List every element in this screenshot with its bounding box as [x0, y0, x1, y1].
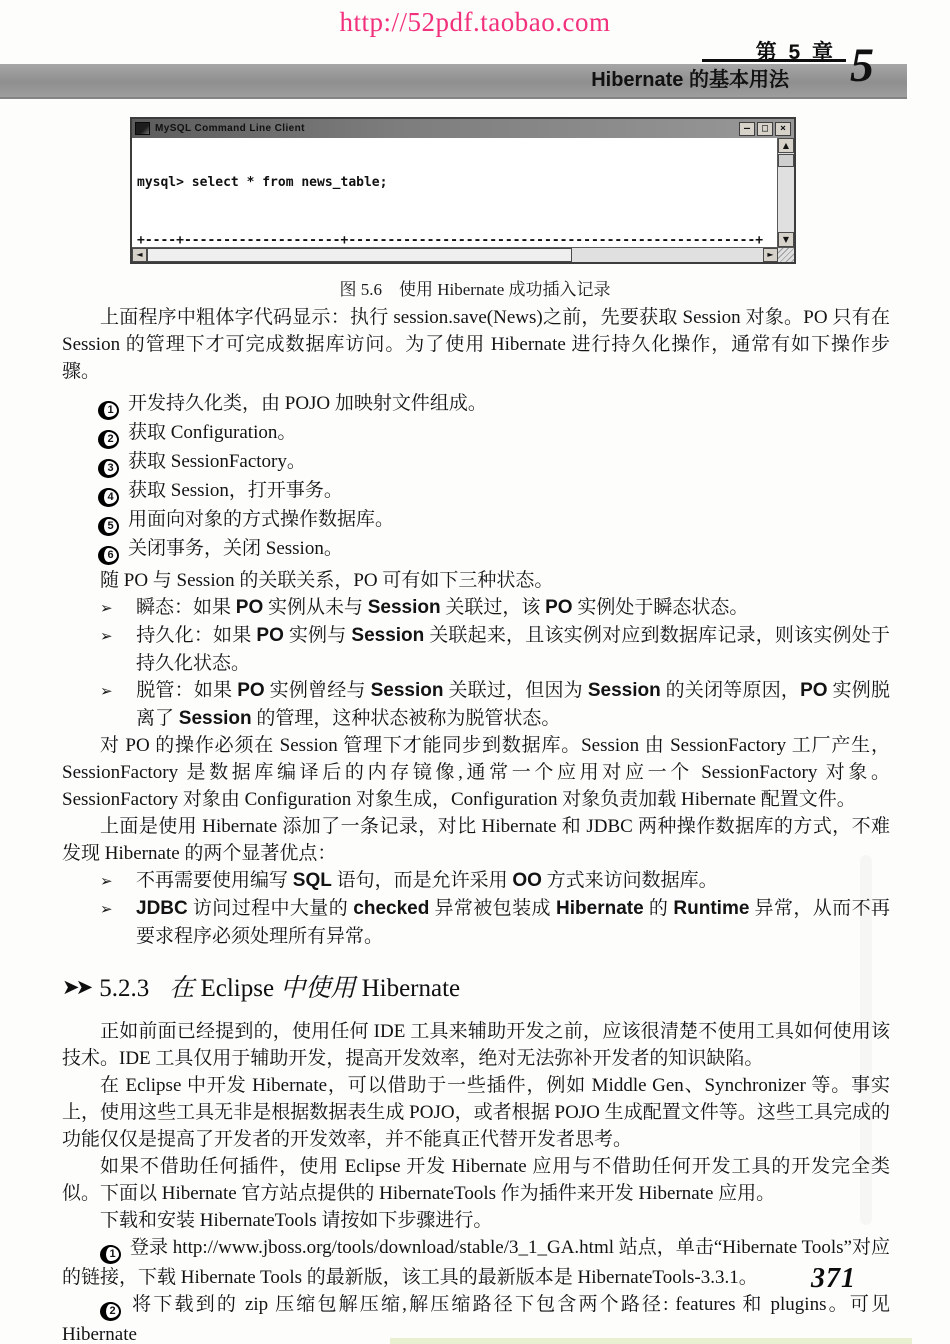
step-number-icon: 2	[98, 430, 119, 449]
arrow-bullet-icon: ➢	[100, 623, 136, 650]
page-number: 371	[811, 1263, 856, 1295]
section-title: 在 Eclipse 中使用 Hibernate	[169, 975, 460, 1002]
mysql-window-screenshot: MySQL Command Line Client – □ × mysql> s…	[130, 117, 796, 264]
paragraph: 上面程序中粗体字代码显示：执行 session.save(News)之前，先要获…	[62, 304, 890, 385]
figure-caption: 图 5.6 使用 Hibernate 成功插入记录	[0, 275, 950, 300]
minimize-button[interactable]: –	[739, 122, 755, 136]
bottom-watermark-strip	[390, 1338, 912, 1344]
arrow-bullet-icon: ➢	[100, 868, 136, 895]
scan-smudge	[860, 855, 872, 1225]
scroll-right-icon[interactable]: ►	[763, 248, 778, 262]
step-text: 获取 Configuration。	[128, 422, 296, 443]
resize-grip-icon	[778, 248, 794, 262]
list-item: 1开发持久化类，由 POJO 加映射文件组成。	[98, 391, 890, 420]
arrow-bullet-icon: ➢	[100, 678, 136, 705]
paragraph: 下载和安装 HibernateTools 请按如下步骤进行。	[62, 1207, 890, 1234]
mysql-client-area: mysql> select * from news_table; +----+-…	[132, 138, 794, 262]
watermark-url: http://52pdf.taobao.com	[0, 7, 950, 38]
console-line: mysql> select * from news_table;	[137, 175, 774, 191]
chapter-rule	[702, 59, 846, 62]
section-heading: ➤➤5.2.3在 Eclipse 中使用 Hibernate	[62, 974, 890, 1002]
list-item: 4获取 Session，打开事务。	[98, 478, 890, 507]
chapter-number: 5	[850, 38, 874, 93]
step-number-icon: 6	[98, 546, 119, 565]
step-number-icon: 4	[98, 488, 119, 507]
horizontal-scroll-thumb[interactable]	[147, 248, 572, 262]
mysql-titlebar: MySQL Command Line Client – □ ×	[132, 119, 794, 138]
arrow-bullet-icon: ➢	[100, 896, 136, 923]
list-item: 2获取 Configuration。	[98, 420, 890, 449]
list-item: ➢JDBC 访问过程中大量的 checked 异常被包装成 Hibernate …	[100, 895, 890, 950]
chapter-banner-title: Hibernate 的基本用法	[0, 64, 907, 97]
step-text: 将下载到的 zip 压缩包解压缩,解压缩路径下包含两个路径: features …	[62, 1294, 890, 1344]
paragraph: 随 PO 与 Session 的关联关系，PO 可有如下三种状态。	[62, 567, 890, 594]
step-text: 用面向对象的方式操作数据库。	[128, 509, 394, 530]
bullet-text: 脱管：如果 PO 实例曾经与 Session 关联过，但因为 Session 的…	[136, 680, 890, 729]
paragraph: 对 PO 的操作必须在 Session 管理下才能同步到数据库。Session …	[62, 732, 890, 813]
mysql-console-output: mysql> select * from news_table; +----+-…	[137, 143, 774, 246]
step-number-icon: 5	[98, 517, 119, 536]
step-text: 获取 SessionFactory。	[128, 451, 306, 472]
step-text: 开发持久化类，由 POJO 加映射文件组成。	[128, 393, 487, 414]
mysql-app-icon	[135, 122, 150, 135]
list-item: ➢脱管：如果 PO 实例曾经与 Session 关联过，但因为 Session …	[100, 677, 890, 732]
list-item: 5用面向对象的方式操作数据库。	[98, 507, 890, 536]
section-arrows-icon: ➤➤	[62, 975, 89, 999]
paragraph: 上面是使用 Hibernate 添加了一条记录，对比 Hibernate 和 J…	[62, 813, 890, 867]
scroll-down-icon[interactable]: ▼	[778, 232, 794, 247]
close-button[interactable]: ×	[775, 122, 791, 136]
paragraph: 如果不借助任何插件，使用 Eclipse 开发 Hibernate 应用与不借助…	[62, 1153, 890, 1207]
list-item: ➢持久化：如果 PO 实例与 Session 关联起来，且该实例对应到数据库记录…	[100, 622, 890, 677]
chapter-banner: Hibernate 的基本用法	[0, 64, 907, 99]
scroll-left-icon[interactable]: ◄	[132, 248, 147, 262]
window-controls: – □ ×	[739, 122, 791, 136]
scroll-up-icon[interactable]: ▲	[778, 138, 794, 153]
paragraph: 在 Eclipse 中开发 Hibernate，可以借助于一些插件，例如 Mid…	[62, 1072, 890, 1153]
step-number-icon: 1	[100, 1245, 121, 1264]
list-item: ➢不再需要使用编写 SQL 语句，而是允许采用 OO 方式来访问数据库。	[100, 867, 890, 895]
bullet-text: JDBC 访问过程中大量的 checked 异常被包装成 Hibernate 的…	[136, 898, 890, 947]
download-step: 1登录 http://www.jboss.org/tools/download/…	[62, 1234, 890, 1291]
step-text: 关闭事务，关闭 Session。	[128, 538, 343, 559]
vertical-scrollbar[interactable]: ▲ ▼	[777, 138, 794, 247]
scroll-track[interactable]	[572, 248, 763, 262]
mysql-window-title: MySQL Command Line Client	[155, 123, 305, 134]
list-item: 6关闭事务，关闭 Session。	[98, 536, 890, 565]
download-step: 2将下载到的 zip 压缩包解压缩,解压缩路径下包含两个路径: features…	[62, 1291, 890, 1344]
step-number-icon: 3	[98, 459, 119, 478]
section-number: 5.2.3	[99, 975, 149, 1002]
bullet-text: 瞬态：如果 PO 实例从未与 Session 关联过，该 PO 实例处于瞬态状态…	[136, 597, 748, 618]
hibernate-steps-list: 1开发持久化类，由 POJO 加映射文件组成。 2获取 Configuratio…	[62, 391, 890, 565]
step-number-icon: 2	[100, 1302, 121, 1321]
console-line: +----+--------------------+-------------…	[137, 233, 774, 246]
horizontal-scrollbar[interactable]: ◄ ►	[132, 247, 794, 262]
step-text: 获取 Session，打开事务。	[128, 480, 343, 501]
page-body: 上面程序中粗体字代码显示：执行 session.save(News)之前，先要获…	[62, 304, 890, 1344]
vertical-scroll-thumb[interactable]	[778, 154, 794, 167]
arrow-bullet-icon: ➢	[100, 595, 136, 622]
paragraph: 正如前面已经提到的，使用任何 IDE 工具来辅助开发之前，应该很清楚不使用工具如…	[62, 1018, 890, 1072]
step-text: 登录 http://www.jboss.org/tools/download/s…	[62, 1237, 890, 1288]
list-item: 3获取 SessionFactory。	[98, 449, 890, 478]
maximize-button[interactable]: □	[757, 122, 773, 136]
list-item: ➢瞬态：如果 PO 实例从未与 Session 关联过，该 PO 实例处于瞬态状…	[100, 594, 890, 622]
bullet-text: 不再需要使用编写 SQL 语句，而是允许采用 OO 方式来访问数据库。	[136, 870, 718, 891]
step-number-icon: 1	[98, 401, 119, 420]
bullet-text: 持久化：如果 PO 实例与 Session 关联起来，且该实例对应到数据库记录，…	[136, 625, 890, 674]
book-page: http://52pdf.taobao.com 第 5 章 5 Hibernat…	[0, 0, 950, 1344]
